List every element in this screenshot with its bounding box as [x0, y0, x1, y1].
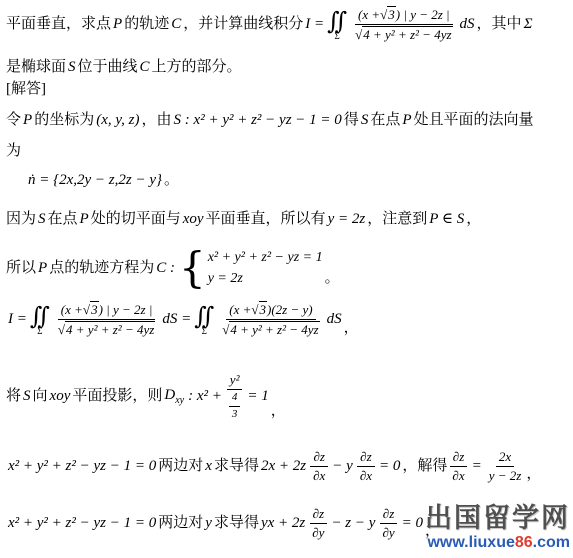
- text-run: 因为: [6, 211, 36, 227]
- partial-derivative: ∂z ∂y: [379, 506, 397, 542]
- fraction: (x + √ 3 ) | y − 2z | √ 4 + y² + z² − 4y…: [55, 301, 158, 339]
- text-run: ，其中: [477, 14, 522, 35]
- solution-line-7: 因为S在点P处的切平面与xoy平面垂直，所以有y = 2z，注意到P ∈ S，: [6, 209, 481, 230]
- math-run: = 0: [377, 456, 402, 477]
- case-equation-1: x² + y² + z² − yz = 1: [208, 247, 323, 268]
- math-run: S: [36, 211, 48, 227]
- solution-line-2: 是椭球面S位于曲线C上方的部分。: [6, 57, 242, 78]
- text-run: ，注意到: [367, 211, 427, 227]
- math-run: P: [400, 112, 413, 128]
- text-run: 平面垂直，所以有: [206, 211, 326, 227]
- math-run: ∂z: [310, 449, 327, 467]
- math-run: Dxy: [162, 385, 186, 408]
- text-run: 。: [164, 172, 179, 188]
- integral-icon: ∫∫: [327, 9, 347, 33]
- math-run: xoy: [181, 211, 206, 227]
- integral-domain: Σ: [202, 327, 207, 336]
- math-run: 2x: [496, 449, 514, 467]
- text-run: 得: [344, 112, 359, 128]
- double-integral: ∫∫ Σ: [194, 304, 214, 336]
- double-integral: ∫∫ Σ: [327, 9, 347, 41]
- sqrt-icon: √: [251, 302, 258, 318]
- math-run: S: [66, 59, 78, 75]
- partial-derivative: ∂z ∂y: [309, 506, 327, 542]
- integral-icon: ∫∫: [194, 304, 214, 328]
- text-run: 平面垂直，求点: [6, 14, 111, 35]
- text-run: 点的轨迹方程为: [49, 258, 154, 279]
- math-run: 3: [229, 407, 241, 422]
- text-run: 的坐标为: [34, 112, 94, 128]
- math-run: (x +: [61, 302, 83, 318]
- solution-line-10: 将 S 向 xoy 平面投影，则 Dxy : x² + y² 4 3 = 1 ，: [6, 372, 286, 422]
- math-run: P: [21, 112, 34, 128]
- math-run: ∂z: [380, 506, 397, 524]
- math-run: dS: [458, 14, 477, 35]
- cases-brace: {: [179, 248, 206, 288]
- url-highlight[interactable]: 86: [515, 534, 533, 551]
- math-run: D: [164, 387, 175, 403]
- text-run: ，: [271, 401, 286, 422]
- text-run: ，: [344, 318, 359, 339]
- math-run: P: [111, 14, 124, 35]
- partial-derivative: ∂z ∂x: [357, 449, 375, 485]
- math-run: C :: [154, 258, 177, 279]
- radicand: 3: [259, 301, 268, 318]
- text-run: 的轨迹: [124, 14, 169, 35]
- fraction: (x + √ 3 ) | y − 2z | √ 4 + y² + z² − 4y…: [352, 6, 455, 44]
- integral-domain: Σ: [334, 32, 339, 41]
- math-run: (x, y, z): [94, 112, 141, 128]
- text-run: 为: [6, 143, 21, 159]
- text-run: 向: [33, 386, 48, 407]
- math-run: = 0: [400, 513, 425, 534]
- sqrt-icon: √: [58, 322, 65, 338]
- text-run: 。: [325, 268, 340, 289]
- solution-line-5: 为: [6, 141, 21, 162]
- math-run: I =: [6, 309, 29, 330]
- sqrt-icon: √: [380, 7, 387, 23]
- text-run: 是椭球面: [6, 59, 66, 75]
- text-run: ，: [466, 211, 481, 227]
- math-run: y = 2z: [326, 211, 368, 227]
- text-run: 两边对: [158, 513, 203, 534]
- document-page: 平面垂直，求点 P 的轨迹 C ，并计算曲线积分 I = ∫∫ Σ (x + √…: [0, 0, 573, 558]
- equation-system: { x² + y² + z² − yz = 1 y = 2z: [179, 247, 323, 289]
- math-run: = 1: [245, 386, 270, 407]
- math-run: P ∈ S: [427, 211, 466, 227]
- math-run: ∂z: [310, 506, 327, 524]
- text-run: 将: [6, 386, 21, 407]
- text-run: [解答]: [6, 81, 46, 97]
- math-run: ∂y: [379, 524, 397, 541]
- math-run: S: [21, 386, 33, 407]
- math-run: ṅ = {2x,2y − z,2z − y}: [26, 172, 164, 188]
- text-run: ，由: [142, 112, 172, 128]
- math-run: dS =: [160, 309, 193, 330]
- math-run: ∂y: [309, 524, 327, 541]
- math-run: P: [78, 211, 91, 227]
- text-run: ，并计算曲线积分: [183, 14, 303, 35]
- math-run: P: [36, 258, 49, 279]
- math-run: yx + 2z: [259, 513, 307, 534]
- math-run: S: [359, 112, 371, 128]
- math-run: Σ: [522, 14, 535, 35]
- radicand: 4 + y² + z² − 4yz: [65, 321, 155, 338]
- math-run: y − 2z: [486, 467, 525, 484]
- integral-domain: Σ: [37, 327, 42, 336]
- url-part[interactable]: .com: [533, 534, 570, 551]
- partial-derivative: ∂z ∂x: [449, 449, 467, 485]
- text-run: ，: [526, 464, 541, 485]
- text-run: 处的切平面与: [91, 211, 181, 227]
- math-run: ∂z: [357, 449, 374, 467]
- solution-line-8: 所以 P 点的轨迹方程为 C : { x² + y² + z² − yz = 1…: [6, 247, 340, 289]
- math-run: =: [470, 456, 484, 477]
- fraction: (x + √ 3 )(2z − y) √ 4 + y² + z² − 4yz: [219, 301, 322, 339]
- math-run: − z − y: [329, 513, 377, 534]
- math-run: 4: [229, 391, 241, 407]
- math-run: ∂x: [357, 467, 375, 484]
- math-run: x: [203, 456, 214, 477]
- text-run: 求导得: [214, 513, 259, 534]
- text-run: ，解得: [402, 456, 447, 477]
- math-run: ∂x: [449, 467, 467, 484]
- watermark-site-url[interactable]: www.liuxue86.com: [425, 534, 570, 552]
- math-run: 2x + 2z: [259, 456, 308, 477]
- text-run: 上方的部分。: [152, 59, 242, 75]
- math-run: )(2z − y): [267, 302, 313, 318]
- math-run: dS: [325, 309, 344, 330]
- solution-line-6: ṅ = {2x,2y − z,2z − y}。: [26, 170, 179, 191]
- watermark: 出国留学网 www.liuxue86.com: [425, 504, 570, 551]
- math-run: y: [203, 513, 214, 534]
- fraction: 2x y − 2z: [486, 449, 525, 485]
- sqrt-icon: √: [355, 27, 362, 43]
- math-run: ) | y − 2z |: [99, 302, 153, 318]
- math-run: S : x² + y² + z² − yz − 1 = 0: [172, 112, 344, 128]
- math-run: x² + y² + z² − yz − 1 = 0: [6, 513, 158, 534]
- case-equation-2: y = 2z: [208, 268, 243, 289]
- text-run: 所以: [6, 258, 36, 279]
- text-run: 两边对: [158, 456, 203, 477]
- math-run: xoy: [48, 386, 73, 407]
- math-run: C: [138, 59, 152, 75]
- solution-line-1: 平面垂直，求点 P 的轨迹 C ，并计算曲线积分 I = ∫∫ Σ (x + √…: [6, 6, 534, 44]
- math-run: C: [169, 14, 183, 35]
- text-run: 在点: [370, 112, 400, 128]
- text-run: 在点: [48, 211, 78, 227]
- math-run: − y: [330, 456, 355, 477]
- math-run: (x +: [229, 302, 251, 318]
- math-run: x² + y² + z² − yz − 1 = 0: [6, 456, 158, 477]
- math-run: I =: [303, 14, 326, 35]
- solution-line-4: 令P的坐标为(x, y, z)，由S : x² + y² + z² − yz −…: [6, 110, 534, 131]
- watermark-site-name: 出国留学网: [425, 504, 570, 534]
- text-run: 求导得: [214, 456, 259, 477]
- solution-line-9: I = ∫∫ Σ (x + √ 3 ) | y − 2z | √ 4 + y² …: [6, 301, 359, 339]
- text-run: 平面投影，则: [72, 386, 162, 407]
- nested-fraction: 4 3: [229, 391, 241, 422]
- subscript: xy: [175, 395, 184, 406]
- fraction: y² 4 3: [226, 372, 244, 422]
- text-run: 处且平面的法向量: [414, 112, 534, 128]
- text-run: 令: [6, 112, 21, 128]
- math-run: y²: [227, 372, 243, 390]
- math-run: : x² +: [186, 386, 224, 407]
- sqrt-icon: √: [222, 322, 229, 338]
- math-run: (x +: [358, 7, 380, 23]
- text-run: 位于曲线: [78, 59, 138, 75]
- radicand: 3: [387, 6, 396, 23]
- solution-line-3: [解答]: [6, 79, 46, 100]
- math-run: ) | y − 2z |: [396, 7, 450, 23]
- radicand: 4 + y² + z² − 4yz: [362, 26, 452, 43]
- double-integral: ∫∫ Σ: [30, 304, 50, 336]
- partial-derivative: ∂z ∂x: [310, 449, 328, 485]
- url-part[interactable]: www.liuxue: [427, 534, 514, 551]
- math-run: ∂z: [450, 449, 467, 467]
- solution-line-11: x² + y² + z² − yz − 1 = 0 两边对 x 求导得 2x +…: [6, 449, 541, 485]
- math-run: ∂x: [310, 467, 328, 484]
- integral-icon: ∫∫: [30, 304, 50, 328]
- radicand: 4 + y² + z² − 4yz: [229, 321, 319, 338]
- solution-line-12: x² + y² + z² − yz − 1 = 0 两边对 y 求导得 yx +…: [6, 506, 440, 542]
- sqrt-icon: √: [83, 302, 90, 318]
- radicand: 3: [90, 301, 99, 318]
